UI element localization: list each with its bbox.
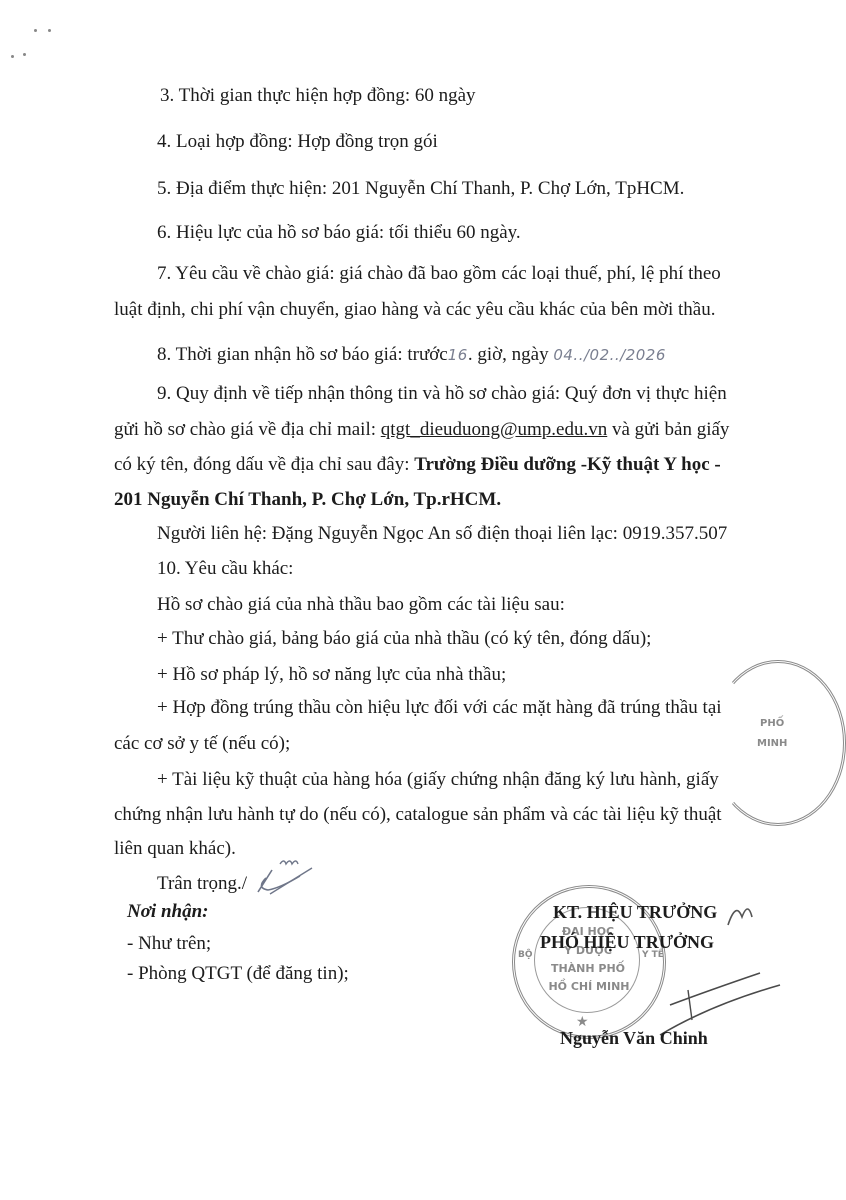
school-name: Trường Điều dưỡng -Kỹ thuật Y học - <box>414 454 721 475</box>
initial-signature <box>250 848 320 898</box>
stamp-left: BỘ <box>518 950 533 960</box>
item-3: 3. Thời gian thực hiện hợp đồng: 60 ngày <box>160 84 476 108</box>
item-9-line2-prefix: gửi hồ sơ chào giá về địa chỉ mail: <box>114 419 381 440</box>
handwritten-signature <box>560 895 800 1045</box>
scan-speck <box>48 29 51 32</box>
recipient-2: - Phòng QTGT (để đăng tin); <box>127 962 349 986</box>
handwritten-hour: 16 <box>448 346 468 364</box>
item-9-line3-prefix: có ký tên, đóng dấu về địa chỉ sau đây: <box>114 454 414 475</box>
handwritten-date: 04../02../2026 <box>553 346 666 364</box>
scan-speck <box>34 29 37 32</box>
item-7-line1: 7. Yêu cầu về chào giá: giá chào đã bao … <box>157 262 721 286</box>
email-link[interactable]: qtgt_dieuduong@ump.edu.vn <box>381 419 607 440</box>
item-8-mid: . giờ, ngày <box>468 344 554 365</box>
closing: Trân trọng./ <box>157 872 247 896</box>
item-6: 6. Hiệu lực của hồ sơ báo giá: tối thiểu… <box>157 221 521 245</box>
item-9-line1: 9. Quy định về tiếp nhận thông tin và hồ… <box>157 382 727 406</box>
item-9-line3: có ký tên, đóng dấu về địa chỉ sau đây: … <box>114 453 721 477</box>
doc-3-line2: các cơ sở y tế (nếu có); <box>114 732 290 756</box>
school-address: 201 Nguyễn Chí Thanh, P. Chợ Lớn, Tp.rHC… <box>114 488 501 512</box>
item-8: 8. Thời gian nhận hồ sơ báo giá: trước16… <box>157 343 666 367</box>
item-10: 10. Yêu cầu khác: <box>157 557 293 581</box>
item-9-line2-suffix: và gửi bản giấy <box>607 419 729 440</box>
signer-name: Nguyễn Văn Chinh <box>560 1026 708 1050</box>
doc-4-line2: chứng nhận lưu hành tự do (nếu có), cata… <box>114 803 722 827</box>
item-5: 5. Địa điểm thực hiện: 201 Nguyễn Chí Th… <box>157 177 684 201</box>
doc-4-line1: + Tài liệu kỹ thuật của hàng hóa (giấy c… <box>157 768 719 792</box>
side-stamp-text-2: MINH <box>757 738 787 749</box>
item-9-line2: gửi hồ sơ chào giá về địa chỉ mail: qtgt… <box>114 418 729 442</box>
doc-2: + Hồ sơ pháp lý, hồ sơ năng lực của nhà … <box>157 663 506 687</box>
side-stamp-text-1: PHỐ <box>760 718 784 729</box>
docs-intro: Hồ sơ chào giá của nhà thầu bao gồm các … <box>157 593 565 617</box>
recipient-1: - Như trên; <box>127 932 211 956</box>
item-8-prefix: 8. Thời gian nhận hồ sơ báo giá: trước <box>157 344 448 365</box>
scan-speck <box>11 55 14 58</box>
doc-4-line3: liên quan khác). <box>114 837 236 861</box>
contact-person: Người liên hệ: Đặng Nguyễn Ngọc An số đi… <box>157 522 727 546</box>
item-7-line2: luật định, chi phí vận chuyển, giao hàng… <box>114 298 715 322</box>
item-4: 4. Loại hợp đồng: Hợp đồng trọn gói <box>157 130 438 154</box>
doc-3-line1: + Hợp đồng trúng thầu còn hiệu lực đối v… <box>157 696 722 720</box>
scan-speck <box>23 53 26 56</box>
doc-1: + Thư chào giá, bảng báo giá của nhà thầ… <box>157 627 651 651</box>
recipients-heading: Nơi nhận: <box>127 900 208 924</box>
